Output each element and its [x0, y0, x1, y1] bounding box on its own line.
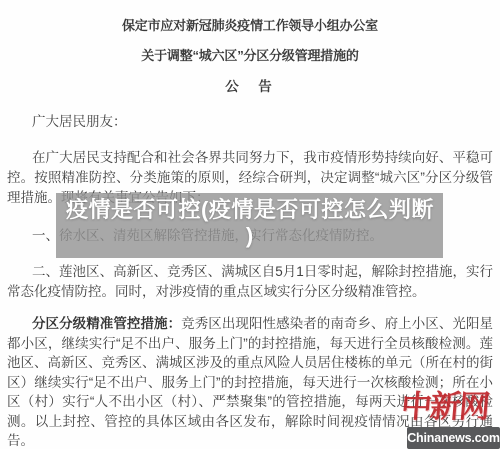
body-line: 分区分级精准管控措施：竞秀区出现阳性感染者的南奇乡、府上小区、光阳星	[7, 314, 493, 334]
header-subject-line: 关于调整“城六区”分区分级管理措施的	[0, 45, 500, 64]
overlay-title-line1: 疫情是否可控(疫情是否可控怎么判断	[56, 193, 443, 223]
body-line: 都小区，继续实行“足不出户、服务上门”的封控措施，每天进行全员核酸检测。莲	[7, 334, 493, 354]
paragraph: 二、莲池区、高新区、竞秀区、满城区自5月1日零时起，解除封控措施，实行常态化疫情…	[7, 262, 493, 302]
body-line: 二、莲池区、高新区、竞秀区、满城区自5月1日零时起，解除封控措施，实行	[7, 262, 493, 282]
announcement-document: 保定市应对新冠肺炎疫情工作领导小组办公室 关于调整“城六区”分区分级管理措施的 …	[0, 0, 500, 449]
chinanews-site-bar: Chinanews.com	[407, 427, 500, 449]
bold-lead-in: 分区分级精准管控措施：	[32, 316, 181, 331]
title-overlay: 疫情是否可控(疫情是否可控怎么判断 )	[56, 193, 443, 258]
overlay-title-line2: )	[56, 223, 443, 249]
chinanews-watermark: 中新网 Chinanews.com	[401, 388, 500, 449]
header-title-line: 公 告	[0, 75, 500, 95]
header-org-line: 保定市应对新冠肺炎疫情工作领导小组办公室	[0, 15, 500, 34]
body-line: 在广大居民支持配合和社会各界共同努力下，我市疫情形势持续向好、平稳可	[7, 148, 493, 168]
body-line: 常态化疫情防控。同时，对涉疫情的重点区域实行分区分级精准管控。	[7, 282, 493, 302]
body-line: 池区、高新区、竞秀区、满城区涉及的重点风险人员居住楼栋的单元（所在村的街	[7, 353, 493, 373]
chinanews-logo-cn-text: 中新网	[399, 388, 500, 426]
body-line: 控。按照精准防控、分类施策的原则，经综合研判，决定调整“城六区”分区分级管	[7, 168, 493, 188]
salutation-line: 广大居民朋友：	[7, 112, 493, 132]
